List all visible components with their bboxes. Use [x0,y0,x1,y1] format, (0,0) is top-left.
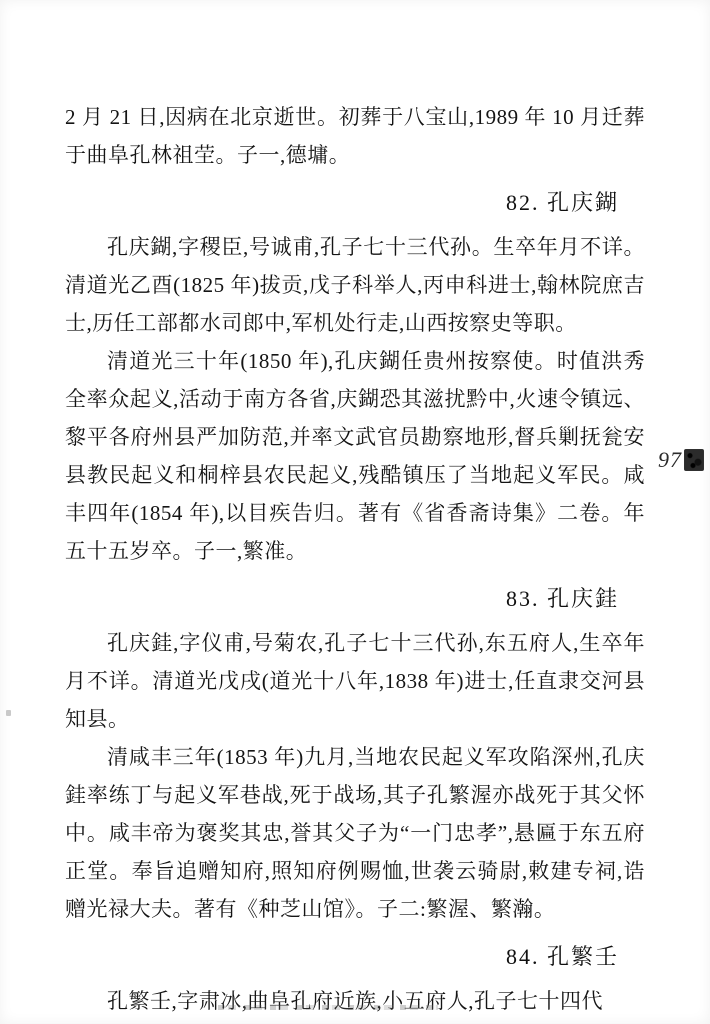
book-page: 2 月 21 日,因病在北京逝世。初葬于八宝山,1989 年 10 月迁葬于曲阜… [0,0,710,1024]
entry-heading-84: 84. 孔繁壬 [65,938,645,976]
entry-83-paragraph-2: 清咸丰三年(1853 年)九月,当地农民起义军攻陷深州,孔庆銈率练丁与起义军巷战… [65,738,645,928]
entry-heading-82: 82. 孔庆鍸 [65,184,645,222]
text-block: 2 月 21 日,因病在北京逝世。初葬于八宝山,1989 年 10 月迁葬于曲阜… [65,98,645,1020]
entry-82-paragraph-2: 清道光三十年(1850 年),孔庆鍸任贵州按察使。时值洪秀全率众起义,活动于南方… [65,342,645,570]
entry-84-paragraph-1: 孔繁壬,字肃冰,曲阜孔府近族,小五府人,孔子七十四代 [65,982,645,1020]
entry-heading-83: 83. 孔庆銈 [65,580,645,618]
entry-82-paragraph-1: 孔庆鍸,字稷臣,号诚甫,孔子七十三代孙。生卒年月不详。清道光乙酉(1825 年)… [65,228,645,342]
continuation-paragraph: 2 月 21 日,因病在北京逝世。初葬于八宝山,1989 年 10 月迁葬于曲阜… [65,98,645,174]
scan-speck-artifact [6,710,11,716]
page-edge-marker: 97 [658,447,704,473]
entry-83-paragraph-1: 孔庆銈,字仪甫,号菊农,孔子七十三代孙,东五府人,生卒年月不详。清道光戊戌(道光… [65,624,645,738]
ink-blot-ornament-icon [684,449,704,471]
page-number: 97 [658,447,682,473]
scan-noise-artifact [218,1005,438,1010]
